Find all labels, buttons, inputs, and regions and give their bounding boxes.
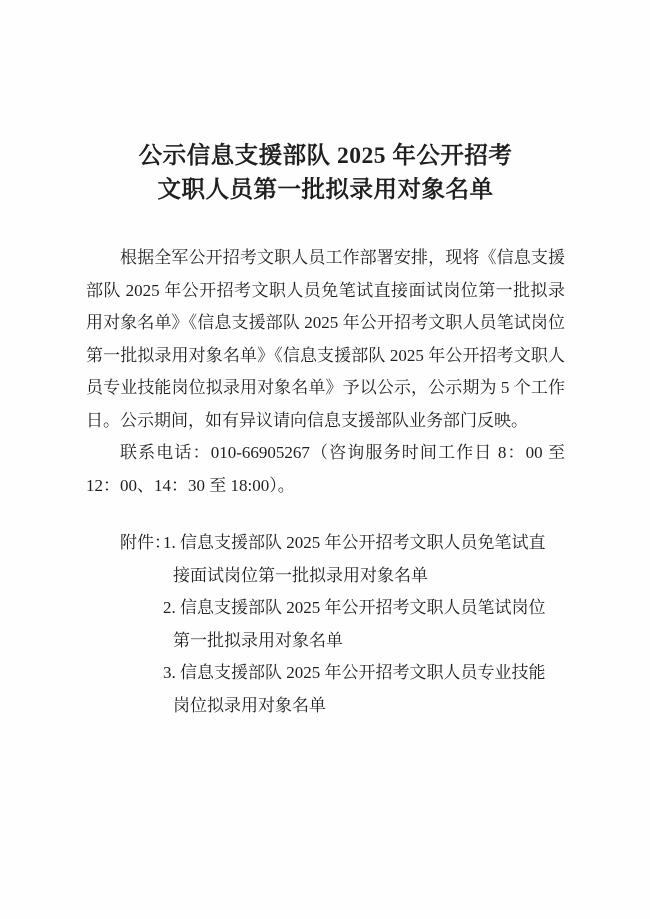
contact-phone-line: 联系电话：010-66905267（咨询服务时间工作日 8：00 至 (86, 437, 565, 470)
body-line: 用对象名单》《信息支援部队 2025 年公开招考文职人员笔试岗位 (86, 307, 565, 340)
attachment-line: 岗位拟录用对象名单 (163, 690, 565, 723)
attachment-item-3: 3. 信息支援部队 2025 年公开招考文职人员专业技能 岗位拟录用对象名单 (163, 657, 565, 722)
document-page: 公示信息支援部队 2025 年公开招考 文职人员第一批拟录用对象名单 根据全军公… (0, 0, 650, 919)
body-line: 第一批拟录用对象名单》《信息支援部队 2025 年公开招考文职人 (86, 340, 565, 373)
body-line: 日。公示期间，如有异议请向信息支援部队业务部门反映。 (86, 405, 565, 438)
attachment-line: 2. 信息支援部队 2025 年公开招考文职人员笔试岗位 (163, 592, 565, 625)
attachment-item-1: 1. 信息支援部队 2025 年公开招考文职人员免笔试直 接面试岗位第一批拟录用… (163, 527, 565, 592)
attachment-item-2: 2. 信息支援部队 2025 年公开招考文职人员笔试岗位 第一批拟录用对象名单 (163, 592, 565, 657)
attachment-line: 第一批拟录用对象名单 (163, 625, 565, 658)
body-line: 员专业技能岗位拟录用对象名单》予以公示，公示期为 5 个工作 (86, 372, 565, 405)
document-title: 公示信息支援部队 2025 年公开招考 文职人员第一批拟录用对象名单 (86, 139, 565, 207)
title-line-1: 公示信息支援部队 2025 年公开招考 (86, 139, 565, 173)
attachment-line: 接面试岗位第一批拟录用对象名单 (163, 560, 565, 593)
attachment-line: 3. 信息支援部队 2025 年公开招考文职人员专业技能 (163, 657, 565, 690)
paragraph-announcement: 根据全军公开招考文职人员工作部署安排，现将《信息支援 部队 2025 年公开招考… (86, 242, 565, 437)
attachments-list: 1. 信息支援部队 2025 年公开招考文职人员免笔试直 接面试岗位第一批拟录用… (163, 527, 565, 722)
body-line: 部队 2025 年公开招考文职人员免笔试直接面试岗位第一批拟录 (86, 275, 565, 308)
body-line: 根据全军公开招考文职人员工作部署安排，现将《信息支援 (86, 242, 565, 275)
attachment-line: 1. 信息支援部队 2025 年公开招考文职人员免笔试直 (163, 527, 565, 560)
document-body: 根据全军公开招考文职人员工作部署安排，现将《信息支援 部队 2025 年公开招考… (86, 242, 565, 502)
paragraph-contact: 联系电话：010-66905267（咨询服务时间工作日 8：00 至 12：00… (86, 437, 565, 502)
title-line-2: 文职人员第一批拟录用对象名单 (86, 173, 565, 207)
contact-hours-line: 12：00、14：30 至 18:00）。 (86, 470, 565, 503)
